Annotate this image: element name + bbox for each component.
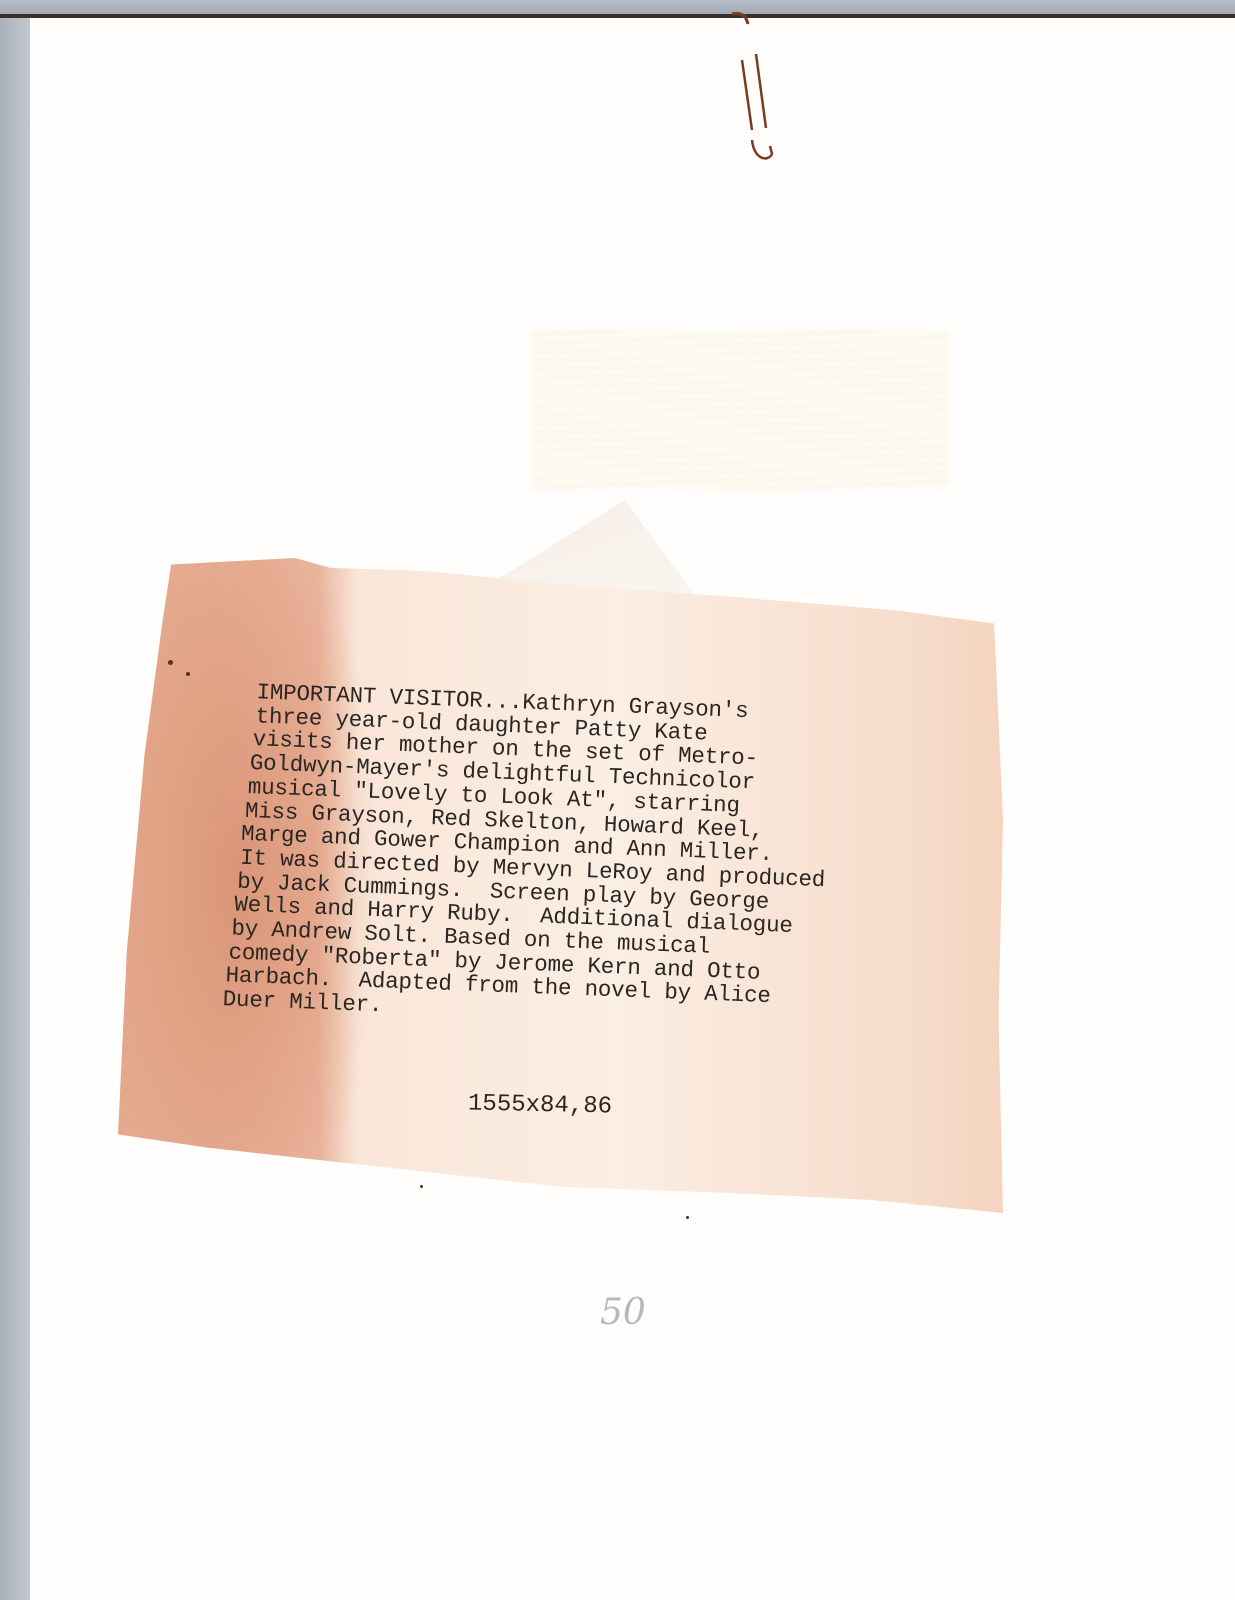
- paperclip-mark-icon: [728, 10, 788, 170]
- pencil-note: 50: [600, 1292, 646, 1333]
- caption-text: IMPORTANT VISITOR...Kathryn Grayson's th…: [212, 680, 924, 1038]
- glue-residue: [530, 330, 950, 490]
- reference-code: 1555x84,86: [468, 1090, 613, 1120]
- ink-speck: [168, 660, 173, 665]
- ink-speck: [686, 1216, 689, 1219]
- scanner-backdrop-top: [0, 0, 1235, 18]
- ink-speck: [186, 672, 190, 676]
- ink-speck: [420, 1185, 423, 1188]
- scanner-backdrop-left: [0, 0, 30, 1600]
